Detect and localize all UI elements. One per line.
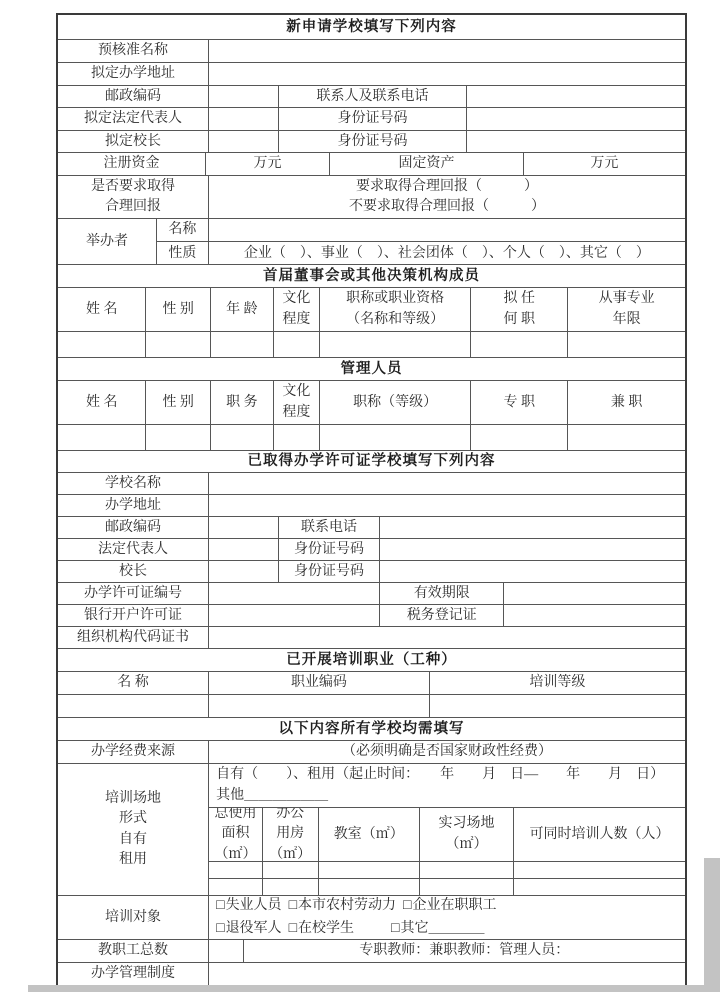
unit-registered-capital: 万元: [206, 153, 330, 175]
cell-text: 邮政编码: [105, 87, 161, 107]
col-mgmt-position: 职 务: [211, 381, 274, 424]
cell-text: 预核准名称: [98, 41, 168, 61]
checkbox-option: □在校学生: [289, 921, 354, 936]
empty-cell: [263, 862, 319, 878]
label-contact-person-phone: 联系人及联系电话: [279, 86, 468, 107]
cell-text: 拟定办学地址: [91, 64, 175, 84]
page-edge-shadow-bottom: [28, 985, 720, 992]
text-line: 何 职: [503, 310, 535, 330]
row-bank-tax: 银行开户许可证税务登记证: [58, 605, 685, 627]
checkbox-label: 其它＿＿＿＿: [401, 921, 485, 936]
col-mgmt-title-grade: 职称（等级）: [320, 381, 471, 424]
checkbox-icon: □: [289, 898, 297, 913]
row-organizer: 举办者名称性质企业（ ）、事业（ ）、社会团体（ ）、个人（ ）、其它（ ）: [58, 219, 685, 265]
empty-cell: [471, 425, 568, 450]
empty-cell: [420, 879, 514, 895]
cell-text: 培训对象: [105, 908, 161, 928]
col-occupation-name: 名 称: [58, 672, 209, 694]
field-id-number-2: [467, 131, 685, 152]
cell-text: 培训等级: [529, 673, 585, 693]
row-management-empty: [58, 425, 685, 451]
col-office-area: 办公用房（㎡）: [263, 808, 319, 861]
label-fixed-assets: 固定资产: [330, 153, 524, 175]
cell-text: 万元: [254, 154, 282, 174]
col-board-name: 姓 名: [58, 288, 146, 331]
cell-text: 首届董事会或其他决策机构成员: [263, 266, 480, 286]
empty-cell: [58, 695, 209, 717]
checkbox-option: □企业在职职工: [403, 898, 496, 913]
text-line: （㎡）: [446, 835, 488, 855]
empty-cell: [430, 695, 685, 717]
cell-text: 万元: [590, 154, 618, 174]
field-id-number-1: [467, 108, 685, 130]
col-board-gender: 性 别: [146, 288, 211, 331]
label-funding-source: 办学经费来源: [58, 741, 209, 763]
field-bank-permit: [209, 605, 380, 626]
text-line: 从事专业: [599, 289, 655, 309]
label-org-code-certificate: 组织机构代码证书: [58, 627, 209, 648]
label-proposed-legal-rep: 拟定法定代表人: [58, 108, 209, 130]
empty-cell: [320, 425, 471, 450]
label-trainee-target: 培训对象: [58, 896, 209, 939]
value-organizer-nature-options: 企业（ ）、事业（ ）、社会团体（ ）、个人（ ）、其它（ ）: [209, 242, 685, 264]
text-line: 年限: [613, 310, 641, 330]
cell-text: 注册资金: [103, 154, 159, 174]
section-title-new-school: 新申请学校填写下列内容: [58, 15, 685, 39]
value-funding-note: （必须明确是否国家财政性经费）: [209, 741, 685, 763]
text-line: 总使用: [214, 808, 256, 824]
row-trainee-target: 培训对象□失业人员□本市农村劳动力□企业在职职工□退役军人□在校学生□其它＿＿＿…: [58, 896, 685, 940]
row-capital-assets: 注册资金万元固定资产万元: [58, 153, 685, 176]
empty-cell: [274, 332, 320, 357]
text-line: 合理回报: [105, 197, 161, 217]
text-line: 形式: [119, 809, 147, 829]
text-line: 办公: [276, 808, 304, 824]
col-board-age: 年 龄: [211, 288, 274, 331]
label-proposed-principal: 拟定校长: [58, 131, 209, 152]
label-valid-period: 有效期限: [380, 583, 504, 604]
row-proposed-legal-rep: 拟定法定代表人身份证号码: [58, 108, 685, 131]
label-principal: 校长: [58, 561, 209, 582]
cell-text: 身份证号码: [294, 562, 364, 582]
row-postal-phone: 邮政编码联系电话: [58, 517, 685, 539]
row-funding-source: 办学经费来源（必须明确是否国家财政性经费）: [58, 741, 685, 764]
cell-text: 年 龄: [226, 300, 258, 320]
cell-text: 可同时培训人数（人）: [530, 825, 670, 845]
col-board-years-experience: 从事专业年限: [568, 288, 685, 331]
cell-text: 已开展培训职业（工种）: [286, 650, 457, 670]
label-id-number-1: 身份证号码: [279, 108, 468, 130]
label-contact-phone: 联系电话: [279, 517, 381, 538]
text-line: 租用: [119, 850, 147, 870]
cell-text: 组织机构代码证书: [77, 628, 189, 648]
field-id-number-3: [380, 539, 685, 560]
cell-text: 管理人员: [341, 359, 403, 379]
document-page: 新申请学校填写下列内容预核准名称拟定办学地址邮政编码联系人及联系电话拟定法定代表…: [0, 0, 720, 992]
col-occupation-code: 职业编码: [209, 672, 430, 694]
section-title-licensed-school: 已取得办学许可证学校填写下列内容: [58, 451, 685, 472]
venue-subtable: 自有（ ）、租用（起止时间： 年 月 日— 年 月 日）其他＿＿＿＿＿＿总使用面…: [209, 764, 685, 895]
text-line: 面积: [221, 824, 249, 844]
empty-cell: [58, 425, 146, 450]
row-staff-total: 教职工总数专职教师：兼职教师：管理人员：: [58, 940, 685, 963]
label-staff-total: 教职工总数: [58, 940, 209, 962]
empty-cell: [58, 332, 146, 357]
empty-cell: [274, 425, 320, 450]
field-staff-total: [209, 940, 243, 962]
label-license-number: 办学许可证编号: [58, 583, 209, 604]
label-postal-code: 邮政编码: [58, 86, 209, 107]
label-venue-form: 培训场地形式自有租用: [58, 764, 209, 895]
cell-text: 拟定校长: [105, 132, 161, 152]
checkbox-label: 失业人员: [226, 898, 282, 913]
cell-text: 名 称: [117, 673, 149, 693]
cell-text: 办学许可证编号: [84, 584, 182, 604]
cell-text: （必须明确是否国家财政性经费）: [342, 742, 552, 762]
checkbox-line: □失业人员□本市农村劳动力□企业在职职工: [216, 896, 503, 918]
empty-cell: [146, 425, 211, 450]
cell-text: 有效期限: [414, 584, 470, 604]
cell-text: 以下内容所有学校均需填写: [279, 719, 465, 739]
cell-text: 学校名称: [105, 474, 161, 494]
label-legal-rep: 法定代表人: [58, 539, 209, 560]
row-venue-empty-1: [209, 862, 685, 879]
value-staff-breakdown: 专职教师：兼职教师：管理人员：: [244, 940, 685, 962]
empty-cell: [420, 862, 514, 878]
field-school-address: [209, 495, 685, 516]
cell-text: 性质: [168, 244, 196, 264]
field-management-system: [209, 963, 685, 985]
empty-cell: [211, 425, 274, 450]
text-line: 实习场地: [439, 814, 495, 834]
cell-text: 兼 职: [611, 393, 643, 413]
col-mgmt-gender: 性 别: [146, 381, 211, 424]
cell-text: 固定资产: [398, 154, 454, 174]
label-tax-certificate: 税务登记证: [380, 605, 504, 626]
cell-text: 姓 名: [86, 300, 118, 320]
unit-fixed-assets: 万元: [524, 153, 685, 175]
checkbox-line: □退役军人□在校学生□其它＿＿＿＿: [216, 918, 491, 940]
section-title-training-occupations: 已开展培训职业（工种）: [58, 649, 685, 671]
col-classroom-area: 教室（㎡）: [319, 808, 420, 861]
cell-text: 专 职: [503, 393, 535, 413]
cell-text: 职 务: [226, 393, 258, 413]
row-venue-header: 总使用面积（㎡）办公用房（㎡）教室（㎡）实习场地（㎡）可同时培训人数（人）: [209, 808, 685, 862]
cell-text: 税务登记证: [407, 606, 477, 626]
label-reasonable-return: 是否要求取得合理回报: [58, 176, 209, 218]
row-management-system: 办学管理制度: [58, 963, 685, 985]
empty-cell: [146, 332, 211, 357]
label-postal-code-2: 邮政编码: [58, 517, 209, 538]
text-line: 不要求取得合理回报（ ）: [349, 197, 545, 217]
text-line: （名称和等级）: [346, 310, 444, 330]
row-section-board: 首届董事会或其他决策机构成员: [58, 265, 685, 288]
cell-text: 银行开户许可证: [84, 606, 182, 626]
empty-cell: [319, 862, 420, 878]
row-board-header: 姓 名性 别年 龄文化程度职称或职业资格（名称和等级）拟 任何 职从事专业年限: [58, 288, 685, 332]
cell-text: 职称（等级）: [353, 393, 437, 413]
field-postal-code: [209, 86, 279, 107]
label-proposed-address: 拟定办学地址: [58, 63, 209, 85]
checkbox-label: 在校学生: [298, 921, 354, 936]
empty-cell: [568, 425, 685, 450]
checkbox-icon: □: [216, 921, 224, 936]
row-school-name: 学校名称: [58, 473, 685, 495]
value-venue-ownership: 自有（ ）、租用（起止时间： 年 月 日— 年 月 日）其他＿＿＿＿＿＿: [209, 764, 685, 807]
col-mgmt-name: 姓 名: [58, 381, 146, 424]
row-section-all-schools: 以下内容所有学校均需填写: [58, 718, 685, 741]
col-board-education: 文化程度: [274, 288, 320, 331]
cell-text: 性 别: [162, 300, 194, 320]
label-organizer-nature: 性质: [157, 242, 209, 264]
cell-text: 职业编码: [291, 673, 347, 693]
field-preapproved-name: [209, 40, 685, 62]
col-total-area: 总使用面积（㎡）: [209, 808, 263, 861]
organizer-subtable: 名称性质企业（ ）、事业（ ）、社会团体（ ）、个人（ ）、其它（ ）: [157, 219, 685, 264]
text-line: 用房: [276, 824, 304, 844]
cell-text: 企业（ ）、事业（ ）、社会团体（ ）、个人（ ）、其它（ ）: [244, 244, 650, 264]
col-mgmt-fulltime: 专 职: [471, 381, 568, 424]
cell-text: 办学管理制度: [91, 964, 175, 984]
label-school-address: 办学地址: [58, 495, 209, 516]
cell-text: 姓 名: [86, 393, 118, 413]
section-title-board-members: 首届董事会或其他决策机构成员: [58, 265, 685, 287]
cell-text: 联系人及联系电话: [317, 87, 429, 107]
field-valid-period: [504, 583, 685, 604]
field-tax-certificate: [504, 605, 685, 626]
col-board-proposed-position: 拟 任何 职: [471, 288, 568, 331]
row-board-empty: [58, 332, 685, 358]
cell-text: 身份证号码: [338, 109, 408, 129]
cell-text: 新申请学校填写下列内容: [286, 17, 457, 37]
row-legal-rep: 法定代表人身份证号码: [58, 539, 685, 561]
row-proposed-principal: 拟定校长身份证号码: [58, 131, 685, 153]
row-section-licensed: 已取得办学许可证学校填写下列内容: [58, 451, 685, 473]
field-contact-phone: [380, 517, 685, 538]
text-line: 程度: [282, 310, 310, 330]
row-organizer-nature: 性质企业（ ）、事业（ ）、社会团体（ ）、个人（ ）、其它（ ）: [157, 242, 685, 264]
text-line: 职称或职业资格: [346, 289, 444, 309]
col-simultaneous-capacity: 可同时培训人数（人）: [514, 808, 685, 861]
checkbox-option: □其它＿＿＿＿: [391, 921, 484, 936]
text-line: 培训场地: [105, 789, 161, 809]
empty-cell: [471, 332, 568, 357]
row-principal: 校长身份证号码: [58, 561, 685, 583]
empty-cell: [514, 879, 685, 895]
cell-text: 身份证号码: [294, 540, 364, 560]
field-principal: [209, 561, 279, 582]
label-organizer: 举办者: [58, 219, 157, 264]
empty-cell: [209, 695, 430, 717]
cell-text: 专职教师：兼职教师：管理人员：: [359, 941, 569, 961]
cell-text: 名称: [168, 220, 196, 240]
checkbox-option: □失业人员: [216, 898, 281, 913]
text-line: 自有（ ）、租用（起止时间： 年 月 日— 年 月 日）: [216, 765, 664, 785]
text-line: 自有: [119, 830, 147, 850]
cell-text: 联系电话: [301, 518, 357, 538]
checkbox-option: □本市农村劳动力: [289, 898, 396, 913]
row-postal-contact: 邮政编码联系人及联系电话: [58, 86, 685, 108]
field-id-number-4: [380, 561, 685, 582]
row-management-header: 姓 名性 别职 务文化程度职称（等级）专 职兼 职: [58, 381, 685, 425]
label-registered-capital: 注册资金: [58, 153, 206, 175]
text-line: （㎡）: [214, 845, 256, 861]
cell-text: 校长: [119, 562, 147, 582]
row-license-number: 办学许可证编号有效期限: [58, 583, 685, 605]
page-edge-shadow-right: [704, 858, 720, 992]
row-reasonable-return: 是否要求取得合理回报要求取得合理回报（ ）不要求取得合理回报（ ）: [58, 176, 685, 219]
cell-text: 性 别: [162, 393, 194, 413]
text-line: 要求取得合理回报（ ）: [356, 177, 538, 197]
row-training-venue: 培训场地形式自有租用自有（ ）、租用（起止时间： 年 月 日— 年 月 日）其他…: [58, 764, 685, 896]
field-proposed-legal-rep: [209, 108, 279, 130]
row-organizer-name: 名称: [157, 219, 685, 242]
section-title-all-schools: 以下内容所有学校均需填写: [58, 718, 685, 740]
field-proposed-principal: [209, 131, 279, 152]
label-id-number-3: 身份证号码: [279, 539, 381, 560]
col-practice-area: 实习场地（㎡）: [420, 808, 514, 861]
cell-text: 教职工总数: [98, 941, 168, 961]
cell-text: 已取得办学许可证学校填写下列内容: [248, 451, 496, 471]
cell-text: 法定代表人: [98, 540, 168, 560]
checkbox-label: 退役军人: [226, 921, 282, 936]
label-organizer-name: 名称: [157, 219, 209, 241]
row-org-code: 组织机构代码证书: [58, 627, 685, 649]
label-id-number-2: 身份证号码: [279, 131, 468, 152]
field-proposed-address: [209, 63, 685, 85]
form-table: 新申请学校填写下列内容预核准名称拟定办学地址邮政编码联系人及联系电话拟定法定代表…: [56, 13, 687, 987]
col-board-qualification: 职称或职业资格（名称和等级）: [320, 288, 471, 331]
empty-cell: [319, 879, 420, 895]
empty-cell: [209, 862, 263, 878]
empty-cell: [211, 332, 274, 357]
checkbox-label: 企业在职职工: [413, 898, 497, 913]
empty-cell: [263, 879, 319, 895]
value-return-options: 要求取得合理回报（ ）不要求取得合理回报（ ）: [209, 176, 685, 218]
checkbox-icon: □: [289, 921, 297, 936]
text-line: 程度: [282, 403, 310, 423]
row-occupation-empty: [58, 695, 685, 718]
label-management-system: 办学管理制度: [58, 963, 209, 985]
row-venue-ownership: 自有（ ）、租用（起止时间： 年 月 日— 年 月 日）其他＿＿＿＿＿＿: [209, 764, 685, 808]
text-line: 文化: [282, 289, 310, 309]
row-section-occupations: 已开展培训职业（工种）: [58, 649, 685, 672]
section-title-management-staff: 管理人员: [58, 358, 685, 380]
cell-text: 拟定法定代表人: [84, 109, 182, 129]
row-section-new-school: 新申请学校填写下列内容: [58, 15, 685, 40]
row-preapproved-name: 预核准名称: [58, 40, 685, 63]
empty-cell: [514, 862, 685, 878]
checkbox-icon: □: [391, 921, 399, 936]
checkbox-icon: □: [403, 898, 411, 913]
col-mgmt-parttime: 兼 职: [568, 381, 685, 424]
text-line: 文化: [282, 382, 310, 402]
checkbox-option: □退役军人: [216, 921, 281, 936]
cell-text: 办学地址: [105, 496, 161, 516]
text-line: （㎡）: [269, 845, 311, 861]
label-school-name: 学校名称: [58, 473, 209, 494]
empty-cell: [209, 879, 263, 895]
cell-text: 办学经费来源: [91, 742, 175, 762]
row-occupation-header: 名 称职业编码培训等级: [58, 672, 685, 695]
field-school-name: [209, 473, 685, 494]
empty-cell: [320, 332, 471, 357]
field-org-code-certificate: [209, 627, 685, 648]
text-line: 拟 任: [503, 289, 535, 309]
row-section-management: 管理人员: [58, 358, 685, 381]
checkbox-label: 本市农村劳动力: [298, 898, 396, 913]
field-license-number: [209, 583, 380, 604]
checkbox-icon: □: [216, 898, 224, 913]
cell-text: 教室（㎡）: [334, 825, 404, 845]
label-preapproved-name: 预核准名称: [58, 40, 209, 62]
text-line: 其他＿＿＿＿＿＿: [216, 786, 328, 806]
field-contact-person-phone: [467, 86, 685, 107]
empty-cell: [568, 332, 685, 357]
field-legal-rep: [209, 539, 279, 560]
label-bank-permit: 银行开户许可证: [58, 605, 209, 626]
cell-text: 举办者: [86, 232, 128, 252]
cell-text: 邮政编码: [105, 518, 161, 538]
text-line: 是否要求取得: [91, 177, 175, 197]
col-mgmt-education: 文化程度: [274, 381, 320, 424]
value-trainee-options: □失业人员□本市农村劳动力□企业在职职工□退役军人□在校学生□其它＿＿＿＿: [209, 896, 685, 939]
label-id-number-4: 身份证号码: [279, 561, 381, 582]
col-training-level: 培训等级: [430, 672, 685, 694]
field-postal-code-2: [209, 517, 279, 538]
row-school-address: 办学地址: [58, 495, 685, 517]
field-organizer-name: [209, 219, 685, 241]
cell-text: 身份证号码: [338, 132, 408, 152]
row-venue-empty-2: [209, 879, 685, 895]
row-proposed-address: 拟定办学地址: [58, 63, 685, 86]
